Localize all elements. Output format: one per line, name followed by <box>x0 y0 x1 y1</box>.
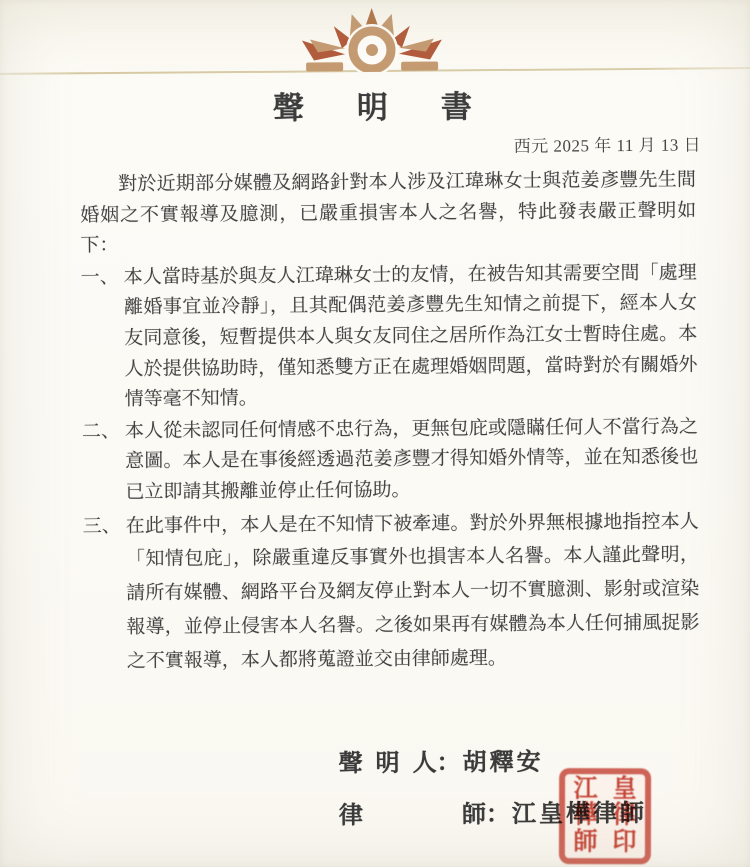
label-char: 人 <box>412 743 436 778</box>
label-char: 師 <box>462 794 486 829</box>
item-marker: 二、 <box>82 417 126 509</box>
item-text: 本人當時基於與友人江瑋琳女士的友情，在被告知其需要空間「處理離婚事宜並冷靜」，且… <box>124 258 698 415</box>
intro-paragraph: 對於近期部分媒體及網路針對本人涉及江瑋琳女士與范姜彥豐先生間婚姻之不實報導及臆測… <box>80 165 697 262</box>
title-char: 書 <box>441 81 472 126</box>
label-char: 律 <box>339 795 363 830</box>
label-char: 明 <box>375 743 399 778</box>
lawyer-label: 律 師 <box>339 794 486 830</box>
document-date: 西元 2025 年 11 月 13 日 <box>514 130 702 156</box>
seal-char: 印 <box>605 830 644 856</box>
statement-item-2: 二、 本人從未認同任何情感不忠行為，更無包庇或隱瞞任何人不當行為之意圖。本人是在… <box>82 412 699 509</box>
colon: ： <box>486 794 510 829</box>
label-char: 聲 <box>338 743 362 778</box>
statement-body: 對於近期部分媒體及網路針對本人涉及江瑋琳女士與范姜彥豐先生間婚姻之不實報導及臆測… <box>80 165 700 678</box>
document-title: 聲 明 書 <box>0 79 748 130</box>
seal-char: 律 <box>605 803 644 829</box>
statement-item-1: 一、 本人當時基於與友人江瑋琳女士的友情，在被告知其需要空間「處理離婚事宜並冷靜… <box>81 258 698 416</box>
statement-item-3: 三、 在此事件中，本人是在不知情下被牽連。對於外界無根據地指控本人「知情包庇」，… <box>83 505 700 679</box>
title-char: 明 <box>357 82 388 127</box>
statement-document: 聲 明 書 西元 2025 年 11 月 13 日 對於近期部分媒體及網路針對本… <box>0 0 750 867</box>
item-marker: 一、 <box>81 263 125 416</box>
seal-char: 江 <box>566 776 605 802</box>
title-char: 聲 <box>273 83 304 128</box>
item-text: 本人從未認同任何情感不忠行為，更無包庇或隱瞞任何人不當行為之意圖。本人是在事後經… <box>125 412 699 508</box>
item-text: 在此事件中，本人是在不知情下被牽連。對於外界無根據地指控本人「知情包庇」，除嚴重… <box>126 505 700 678</box>
item-marker: 三、 <box>83 509 127 678</box>
seal-char: 樺 <box>566 803 605 829</box>
seal-char: 師 <box>566 830 605 856</box>
document-content: 聲 明 書 西元 2025 年 11 月 13 日 對於近期部分媒體及網路針對本… <box>0 0 750 867</box>
declarant-label: 聲 明 人 <box>338 743 436 779</box>
red-law-firm-seal: 江 皇 樺 律 師 印 <box>559 768 651 864</box>
seal-char: 皇 <box>605 777 644 803</box>
declarant-name: 胡釋安 <box>462 742 543 778</box>
rising-sun-emblem-icon <box>297 5 448 77</box>
colon: ： <box>436 742 460 777</box>
